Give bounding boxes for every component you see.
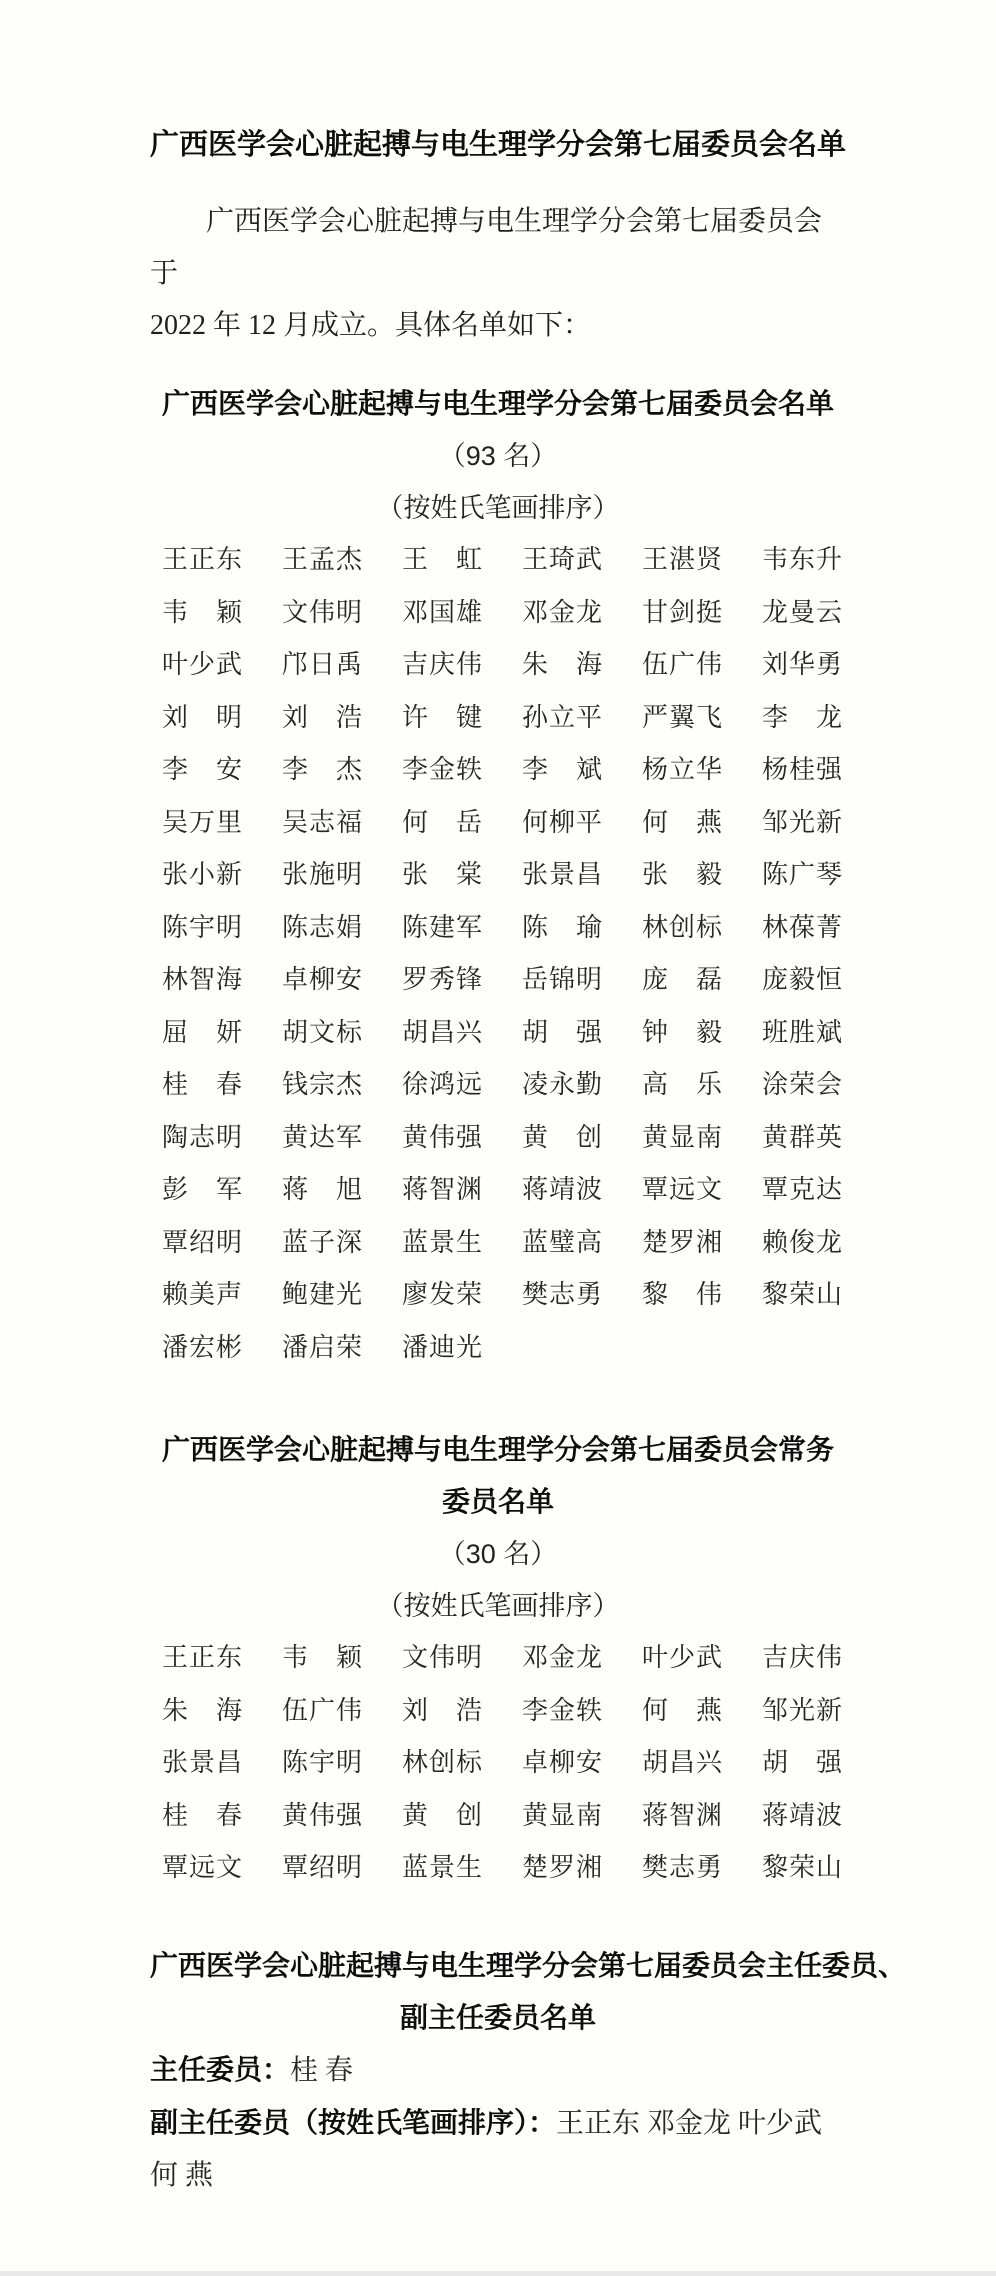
member-name: 蓝璧高 [522, 1228, 602, 1258]
member-name: 李金轶 [522, 1696, 602, 1726]
member-name: 罗秀锋 [402, 965, 482, 995]
member-name: 王正东 [162, 545, 242, 575]
member-name: 钱宗杰 [282, 1070, 362, 1100]
member-name: 蓝景生 [402, 1228, 482, 1258]
member-name: 蓝景生 [402, 1853, 482, 1883]
document-page: 广西医学会心脏起搏与电生理学分会第七届委员会名单 广西医学会心脏起搏与电生理学分… [0, 0, 996, 2276]
member-name: 黄显南 [642, 1123, 722, 1153]
section-standing-committee: 广西医学会心脏起搏与电生理学分会第七届委员会常务 委员名单 （30 名） （按姓… [150, 1424, 846, 1895]
member-name: 张施明 [282, 860, 362, 890]
member-name: 彭 军 [162, 1175, 242, 1205]
member-name: 蒋 旭 [282, 1175, 362, 1205]
intro-line-2: 2022 年 12 月成立。具体名单如下： [150, 300, 846, 352]
member-name: 刘 浩 [402, 1696, 482, 1726]
section2-heading-line-1: 广西医学会心脏起搏与电生理学分会第七届委员会常务 [150, 1424, 846, 1476]
member-name: 刘华勇 [762, 650, 842, 680]
member-name: 王湛贤 [642, 545, 722, 575]
member-name: 钟 毅 [642, 1018, 722, 1048]
section1-name-grid: 王正东王孟杰王 虹王琦武王湛贤韦东升韦 颖文伟明邓国雄邓金龙甘剑挺龙曼云叶少武邝… [162, 534, 846, 1374]
member-name: 胡昌兴 [642, 1748, 722, 1778]
member-name: 李 杰 [282, 755, 362, 785]
member-name: 黎荣山 [762, 1853, 842, 1883]
member-name: 林葆菁 [762, 913, 842, 943]
member-name: 陈 瑜 [522, 913, 602, 943]
section1-heading: 广西医学会心脏起搏与电生理学分会第七届委员会名单 [150, 378, 846, 430]
member-name: 涂荣会 [762, 1070, 842, 1100]
member-name: 陈建军 [402, 913, 482, 943]
member-name: 叶少武 [642, 1643, 722, 1673]
member-name: 严翼飞 [642, 703, 722, 733]
member-name: 黄 创 [402, 1801, 482, 1831]
section2-sort-note: （按姓氏笔画排序） [150, 1580, 846, 1632]
member-name: 韦 颖 [162, 598, 242, 628]
member-name: 文伟明 [282, 598, 362, 628]
member-name: 文伟明 [402, 1643, 482, 1673]
member-name: 许 键 [402, 703, 482, 733]
member-name: 李 安 [162, 755, 242, 785]
page-bottom-edge [0, 2271, 996, 2276]
member-name: 邓国雄 [402, 598, 482, 628]
member-name: 张 毅 [642, 860, 722, 890]
chair-label: 主任委员： [150, 2054, 290, 2085]
member-name: 庞 磊 [642, 965, 722, 995]
section2-count: （30 名） [150, 1528, 846, 1580]
member-name: 樊志勇 [522, 1280, 602, 1310]
member-name: 张小新 [162, 860, 242, 890]
member-name: 吴志福 [282, 808, 362, 838]
member-name: 卓柳安 [522, 1748, 602, 1778]
member-name: 陈宇明 [282, 1748, 362, 1778]
member-name: 潘启荣 [282, 1333, 362, 1363]
member-name: 胡 强 [762, 1748, 842, 1778]
member-name: 何柳平 [522, 808, 602, 838]
member-name: 朱 海 [162, 1696, 242, 1726]
section-chairs: 广西医学会心脏起搏与电生理学分会第七届委员会主任委员、 副主任委员名单 主任委员… [150, 1940, 846, 2202]
section3-heading-line-2: 副主任委员名单 [150, 1992, 846, 2044]
vice-chair-names: 王正东 邓金龙 叶少武 [556, 2108, 822, 2139]
member-name: 黄达军 [282, 1123, 362, 1153]
member-name: 凌永勤 [522, 1070, 602, 1100]
vice-chair-line-2: 何 燕 [150, 2150, 846, 2202]
member-name: 蒋智渊 [642, 1801, 722, 1831]
intro-paragraph: 广西医学会心脏起搏与电生理学分会第七届委员会于 2022 年 12 月成立。具体… [150, 196, 846, 352]
member-name: 李 斌 [522, 755, 602, 785]
member-name: 覃绍明 [282, 1853, 362, 1883]
member-name: 鲍建光 [282, 1280, 362, 1310]
member-name: 王孟杰 [282, 545, 362, 575]
member-name: 邓金龙 [522, 598, 602, 628]
member-name: 张 棠 [402, 860, 482, 890]
member-name: 覃绍明 [162, 1228, 242, 1258]
member-name: 陈宇明 [162, 913, 242, 943]
member-name: 王 虹 [402, 545, 482, 575]
member-name: 蒋靖波 [762, 1801, 842, 1831]
member-name: 龙曼云 [762, 598, 842, 628]
section1-sort-note: （按姓氏笔画排序） [150, 482, 846, 534]
member-name: 樊志勇 [642, 1853, 722, 1883]
member-name: 吉庆伟 [402, 650, 482, 680]
member-name: 邹光新 [762, 1696, 842, 1726]
member-name: 潘迪光 [402, 1333, 482, 1363]
vice-chair-names-wrap: 何 燕 [150, 2160, 213, 2191]
member-name: 黄群英 [762, 1123, 842, 1153]
member-name: 胡 强 [522, 1018, 602, 1048]
member-name: 岳锦明 [522, 965, 602, 995]
member-name: 孙立平 [522, 703, 602, 733]
member-name: 林创标 [402, 1748, 482, 1778]
member-name: 潘宏彬 [162, 1333, 242, 1363]
member-name: 覃克达 [762, 1175, 842, 1205]
document-title: 广西医学会心脏起搏与电生理学分会第七届委员会名单 [150, 119, 846, 171]
member-name: 赖美声 [162, 1280, 242, 1310]
member-name: 黄伟强 [282, 1801, 362, 1831]
member-name: 庞毅恒 [762, 965, 842, 995]
member-name: 韦 颖 [282, 1643, 362, 1673]
member-name: 赖俊龙 [762, 1228, 842, 1258]
member-name: 甘剑挺 [642, 598, 722, 628]
member-name: 高 乐 [642, 1070, 722, 1100]
member-name: 王琦武 [522, 545, 602, 575]
section2-heading-line-2: 委员名单 [150, 1476, 846, 1528]
section1-count: （93 名） [150, 430, 846, 482]
member-name: 吉庆伟 [762, 1643, 842, 1673]
section3-heading-line-1: 广西医学会心脏起搏与电生理学分会第七届委员会主任委员、 [150, 1940, 846, 1992]
vice-chair-label: 副主任委员（按姓氏笔画排序）： [150, 2107, 556, 2138]
member-name: 伍广伟 [642, 650, 722, 680]
member-name: 黄伟强 [402, 1123, 482, 1153]
member-name: 黎荣山 [762, 1280, 842, 1310]
member-name: 覃远文 [642, 1175, 722, 1205]
member-name: 蓝子深 [282, 1228, 362, 1258]
member-name: 蒋靖波 [522, 1175, 602, 1205]
member-name: 何 岳 [402, 808, 482, 838]
member-name: 黎 伟 [642, 1280, 722, 1310]
chair-name: 桂 春 [290, 2055, 353, 2086]
member-name: 廖发荣 [402, 1280, 482, 1310]
member-name: 张景昌 [162, 1748, 242, 1778]
member-name: 李 龙 [762, 703, 842, 733]
section2-name-grid: 王正东韦 颖文伟明邓金龙叶少武吉庆伟朱 海伍广伟刘 浩李金轶何 燕邹光新张景昌陈… [162, 1632, 846, 1895]
member-name: 叶少武 [162, 650, 242, 680]
vice-chair-line-1: 副主任委员（按姓氏笔画排序）：王正东 邓金龙 叶少武 [150, 2097, 846, 2150]
member-name: 徐鸿远 [402, 1070, 482, 1100]
member-name: 黄 创 [522, 1123, 602, 1153]
member-name: 陶志明 [162, 1123, 242, 1153]
member-name: 胡昌兴 [402, 1018, 482, 1048]
member-name: 韦东升 [762, 545, 842, 575]
intro-line-1: 广西医学会心脏起搏与电生理学分会第七届委员会于 [150, 196, 846, 300]
member-name: 邹光新 [762, 808, 842, 838]
section-full-committee: 广西医学会心脏起搏与电生理学分会第七届委员会名单 （93 名） （按姓氏笔画排序… [150, 378, 846, 1374]
member-name: 陈志娟 [282, 913, 362, 943]
member-name: 杨桂强 [762, 755, 842, 785]
member-name: 朱 海 [522, 650, 602, 680]
member-name: 何 燕 [642, 1696, 722, 1726]
member-name: 楚罗湘 [522, 1853, 602, 1883]
member-name: 胡文标 [282, 1018, 362, 1048]
chair-line: 主任委员：桂 春 [150, 2044, 846, 2097]
member-name: 何 燕 [642, 808, 722, 838]
member-name: 李金轶 [402, 755, 482, 785]
member-name: 屈 妍 [162, 1018, 242, 1048]
member-name: 张景昌 [522, 860, 602, 890]
member-name: 桂 春 [162, 1070, 242, 1100]
member-name: 王正东 [162, 1643, 242, 1673]
member-name: 邓金龙 [522, 1643, 602, 1673]
member-name: 邝日禹 [282, 650, 362, 680]
member-name: 刘 浩 [282, 703, 362, 733]
member-name: 卓柳安 [282, 965, 362, 995]
member-name: 林智海 [162, 965, 242, 995]
member-name: 刘 明 [162, 703, 242, 733]
member-name: 楚罗湘 [642, 1228, 722, 1258]
member-name: 杨立华 [642, 755, 722, 785]
member-name: 林创标 [642, 913, 722, 943]
member-name: 陈广琴 [762, 860, 842, 890]
member-name: 黄显南 [522, 1801, 602, 1831]
member-name: 伍广伟 [282, 1696, 362, 1726]
member-name: 蒋智渊 [402, 1175, 482, 1205]
member-name: 吴万里 [162, 808, 242, 838]
member-name: 覃远文 [162, 1853, 242, 1883]
member-name: 桂 春 [162, 1801, 242, 1831]
member-name: 班胜斌 [762, 1018, 842, 1048]
